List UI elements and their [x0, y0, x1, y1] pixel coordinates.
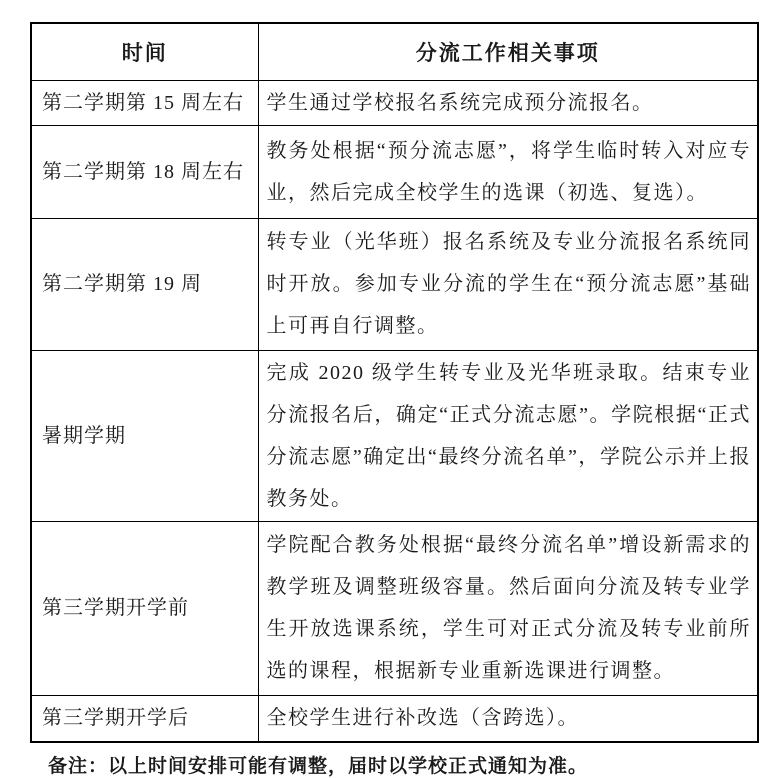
document-page: 时间 分流工作相关事项 第二学期第 15 周左右 学生通过学校报名系统完成预分流… [0, 0, 778, 778]
table-row: 第二学期第 15 周左右 学生通过学校报名系统完成预分流报名。 [31, 80, 758, 125]
table-row: 第二学期第 19 周 转专业（光华班）报名系统及专业分流报名系统同时开放。参加专… [31, 218, 758, 350]
matter-cell: 学生通过学校报名系统完成预分流报名。 [258, 80, 758, 125]
table-row: 第三学期开学前 学院配合教务处根据“最终分流名单”增设新需求的教学班及调整班级容… [31, 521, 758, 695]
table-row: 暑期学期 完成 2020 级学生转专业及光华班录取。结束专业分流报名后，确定“正… [31, 350, 758, 521]
time-cell: 第三学期开学前 [31, 521, 258, 695]
header-row: 时间 分流工作相关事项 [31, 23, 758, 80]
matter-cell: 完成 2020 级学生转专业及光华班录取。结束专业分流报名后，确定“正式分流志愿… [258, 350, 758, 521]
time-cell: 第二学期第 18 周左右 [31, 125, 258, 218]
matters-column-header: 分流工作相关事项 [258, 23, 758, 80]
table-row: 第三学期开学后 全校学生进行补改选（含跨选）。 [31, 695, 758, 742]
time-cell: 第三学期开学后 [31, 695, 258, 742]
matter-cell: 全校学生进行补改选（含跨选）。 [258, 695, 758, 742]
table-row: 第二学期第 18 周左右 教务处根据“预分流志愿”，将学生临时转入对应专业，然后… [31, 125, 758, 218]
diversion-schedule-table: 时间 分流工作相关事项 第二学期第 15 周左右 学生通过学校报名系统完成预分流… [30, 22, 759, 743]
remark-note: 备注：以上时间安排可能有调整，届时以学校正式通知为准。 [48, 754, 757, 778]
time-column-header: 时间 [31, 23, 258, 80]
matter-cell: 学院配合教务处根据“最终分流名单”增设新需求的教学班及调整班级容量。然后面向分流… [258, 521, 758, 695]
time-cell: 第二学期第 15 周左右 [31, 80, 258, 125]
time-cell: 暑期学期 [31, 350, 258, 521]
time-cell: 第二学期第 19 周 [31, 218, 258, 350]
matter-cell: 转专业（光华班）报名系统及专业分流报名系统同时开放。参加专业分流的学生在“预分流… [258, 218, 758, 350]
matter-cell: 教务处根据“预分流志愿”，将学生临时转入对应专业，然后完成全校学生的选课（初选、… [258, 125, 758, 218]
